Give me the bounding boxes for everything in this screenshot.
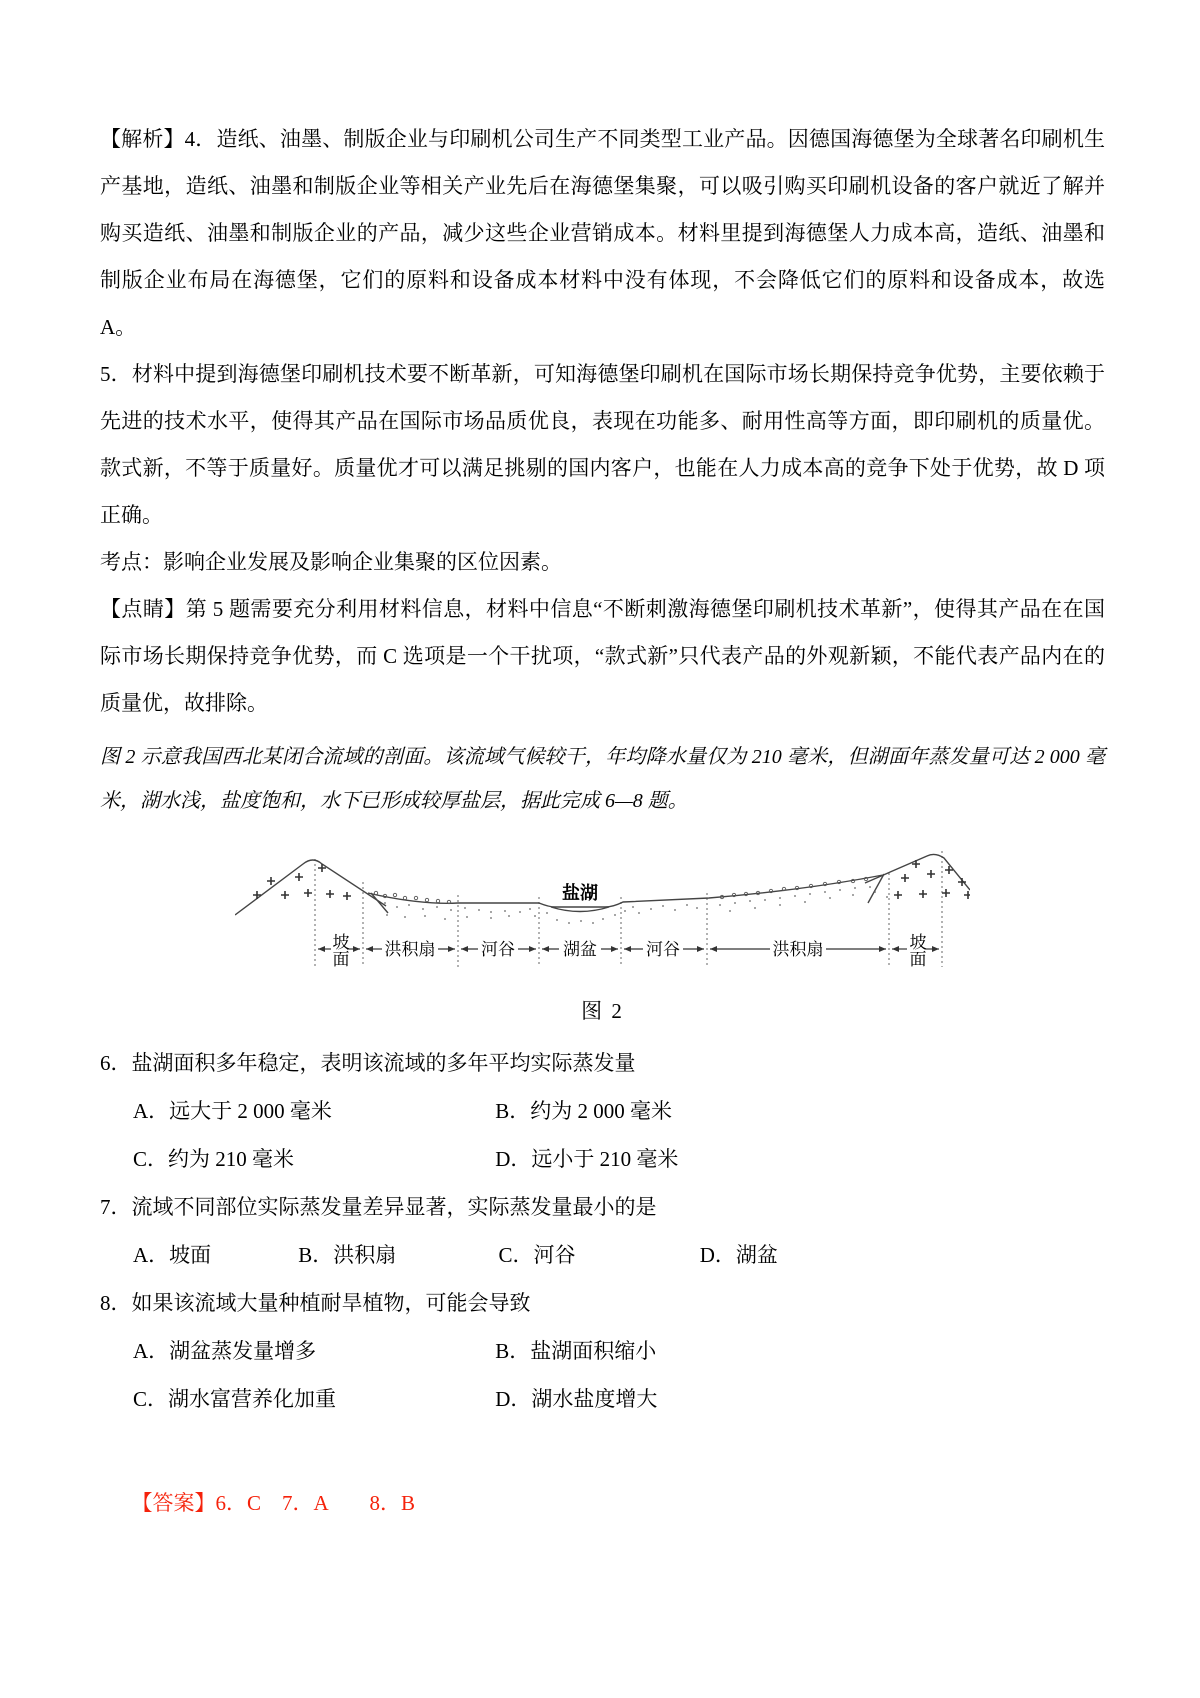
question-8-options-row-2: C．湖水富营养化加重 D．湖水盐度增大 [100,1375,1105,1423]
answer-label: 【答案】 [132,1491,216,1515]
zone-label-lake-basin: 湖盆 [563,940,597,959]
question-8-options-row-1: A．湖盆蒸发量增多 B．盐湖面积缩小 [100,1327,1105,1375]
option-8-c: C．湖水富营养化加重 [133,1375,490,1423]
figure-caption: 图 2 [100,995,1105,1025]
document-page: 【解析】4．造纸、油墨、制版企业与印刷机公司生产不同类型工业产品。因德国海德堡为… [0,0,1200,1698]
answer-values: 6．C 7．A 8．B [216,1491,416,1515]
option-8-b: B．盐湖面积缩小 [495,1327,656,1375]
basin-cross-section-diagram: 盐湖 [235,837,970,977]
option-7-d: D．湖盆 [700,1231,778,1279]
salt-lake-label: 盐湖 [562,882,598,903]
option-6-c: C．约为 210 毫米 [133,1135,490,1183]
option-6-d: D．远小于 210 毫米 [495,1135,678,1183]
fan-gravel-texture [374,877,867,903]
question-6-options-row-2: C．约为 210 毫米 D．远小于 210 毫米 [100,1135,1105,1183]
figure-2: 盐湖 [100,837,1105,1025]
zone-label-fan-right: 洪积扇 [773,940,824,959]
question-6-options-row-1: A．远大于 2 000 毫米 B．约为 2 000 毫米 [100,1087,1105,1135]
option-8-a: A．湖盆蒸发量增多 [133,1327,490,1375]
question-7-stem: 7．流域不同部位实际蒸发量差异显著，实际蒸发量最小的是 [100,1183,1105,1231]
terrain-profile [235,854,970,915]
zone-label-fan-left: 洪积扇 [385,940,436,959]
analysis-paragraph-q5: 5．材料中提到海德堡印刷机技术要不断革新，可知海德堡印刷机在国际市场长期保持竞争… [100,351,1105,539]
option-8-d: D．湖水盐度增大 [495,1375,657,1423]
tip-paragraph: 【点睛】第 5 题需要充分利用材料信息，材料中信息“不断刺激海德堡印刷机技术革新… [100,586,1105,727]
zone-label-slope-right: 坡面 [907,933,927,967]
questions-block: 6．盐湖面积多年稳定，表明该流域的多年平均实际蒸发量 A．远大于 2 000 毫… [100,1039,1105,1423]
sediment-speckle-texture [384,886,888,924]
material-intro-paragraph: 图 2 示意我国西北某闭合流域的剖面。该流域气候较干，年均降水量仅为 210 毫… [100,735,1105,823]
option-7-b: B．洪积扇 [298,1231,493,1279]
question-8-stem: 8．如果该流域大量种植耐旱植物，可能会导致 [100,1279,1105,1327]
zone-label-valley-right: 河谷 [646,940,680,959]
zone-labels: 坡面 洪积扇 河谷 湖盆 河谷 洪积扇 坡面 [330,933,927,967]
option-7-c: C．河谷 [499,1231,695,1279]
answer-line: 【答案】6．C 7．A 8．B [100,1431,1105,1575]
bedrock-plus-symbols [253,860,970,900]
document-content: 【解析】4．造纸、油墨、制版企业与印刷机公司生产不同类型工业产品。因德国海德堡为… [0,0,1200,1575]
question-6-stem: 6．盐湖面积多年稳定，表明该流域的多年平均实际蒸发量 [100,1039,1105,1087]
analysis-paragraph-q4: 【解析】4．造纸、油墨、制版企业与印刷机公司生产不同类型工业产品。因德国海德堡为… [100,116,1105,351]
zone-label-valley-left: 河谷 [481,940,515,959]
option-6-a: A．远大于 2 000 毫米 [133,1087,490,1135]
question-7-options-row: A．坡面 B．洪积扇 C．河谷 D．湖盆 [100,1231,1105,1279]
option-7-a: A．坡面 [133,1231,293,1279]
zone-label-slope-left: 坡面 [330,933,350,967]
option-6-b: B．约为 2 000 毫米 [495,1087,672,1135]
exam-point-line: 考点：影响企业发展及影响企业集聚的区位因素。 [100,539,1105,586]
